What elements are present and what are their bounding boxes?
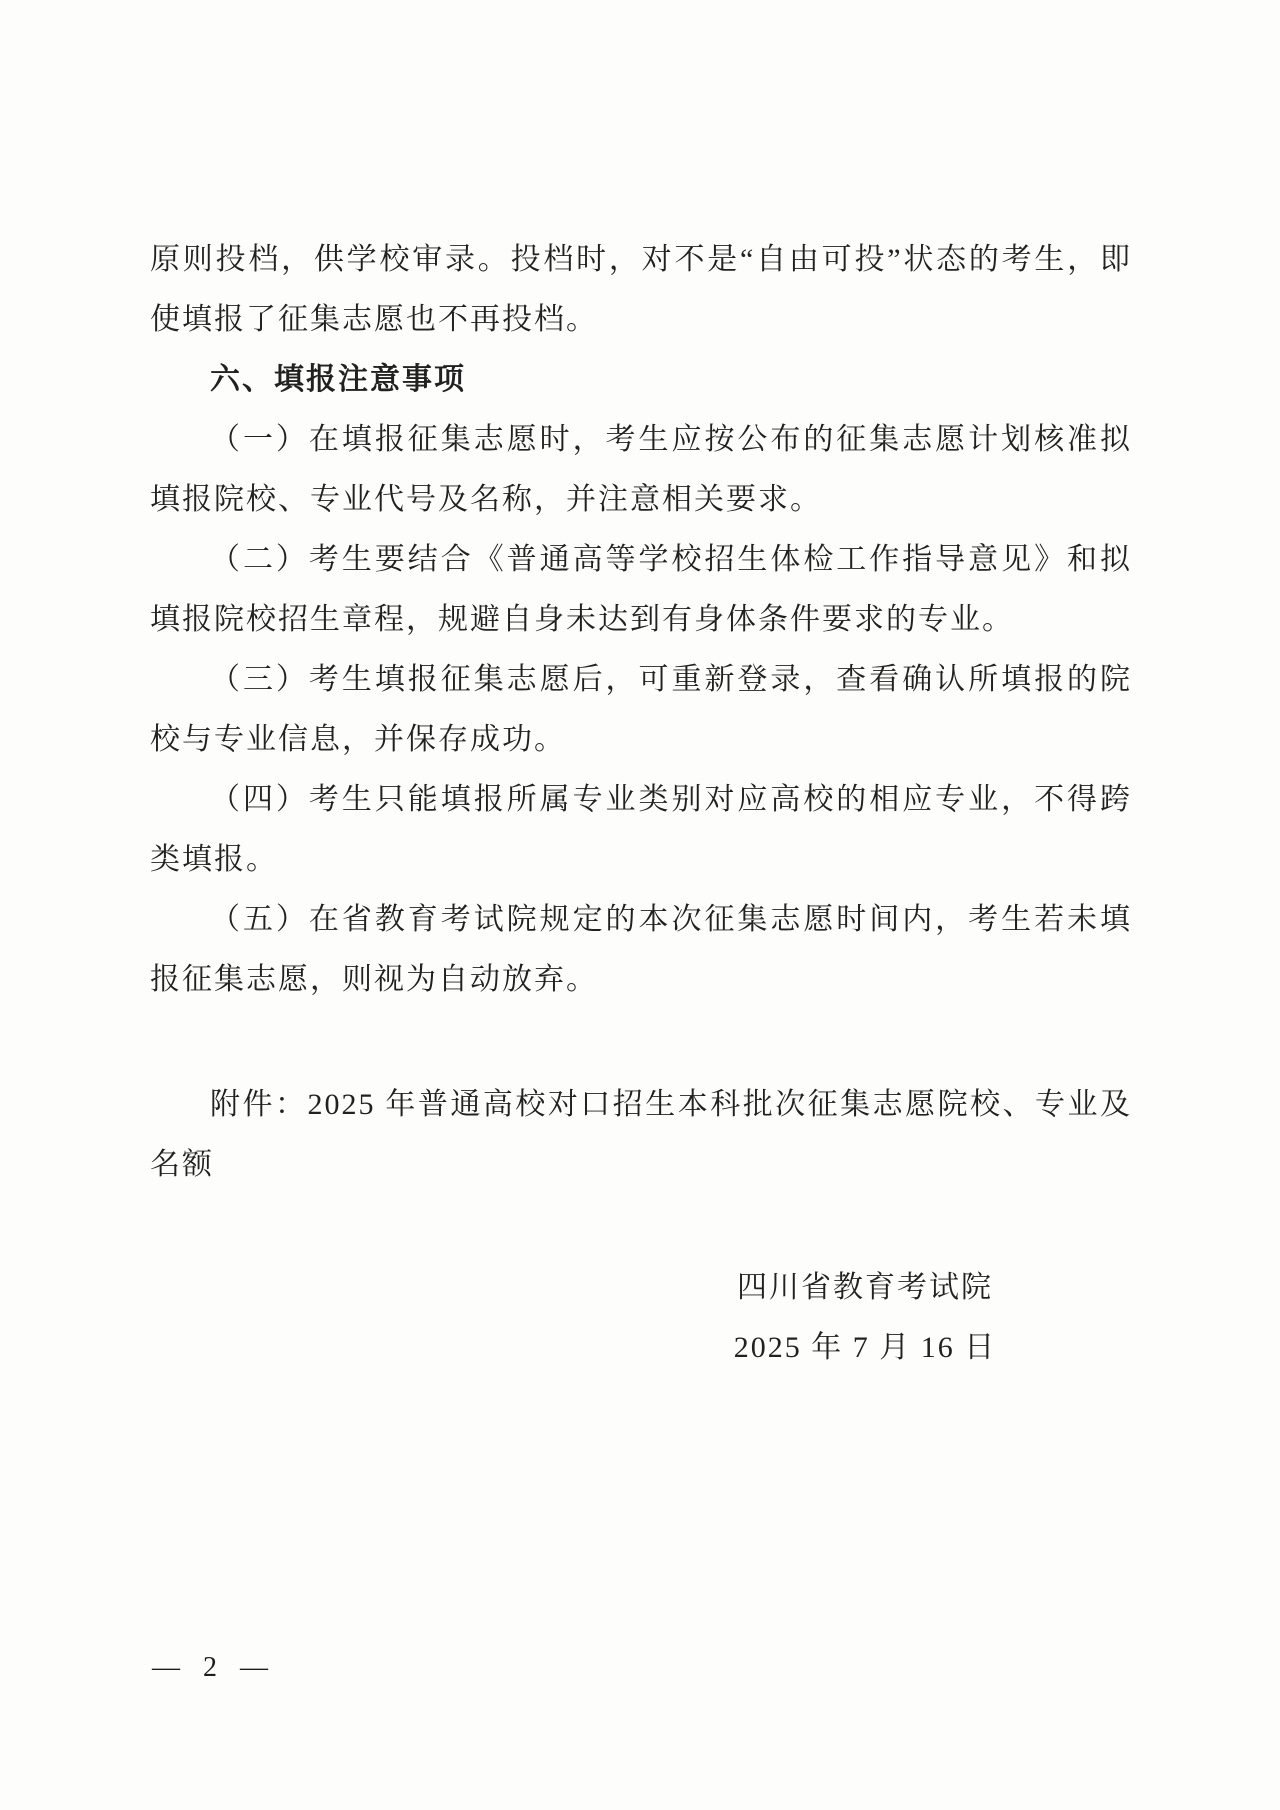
note-item-1: （一）在填报征集志愿时，考生应按公布的征集志愿计划核准拟填报院校、专业代号及名称… — [150, 410, 1132, 530]
note-item-2: （二）考生要结合《普通高等学校招生体检工作指导意见》和拟填报院校招生章程，规避自… — [150, 530, 1132, 650]
note-item-4: （四）考生只能填报所属专业类别对应高校的相应专业，不得跨类填报。 — [150, 770, 1132, 890]
document-body: 原则投档，供学校审录。投档时，对不是“自由可投”状态的考生，即使填报了征集志愿也… — [150, 230, 1132, 1195]
attachment-line: 附件：2025 年普通高校对口招生本科批次征集志愿院校、专业及名额 — [150, 1075, 1132, 1195]
signature-block: 四川省教育考试院 2025 年 7 月 16 日 — [650, 1258, 1080, 1378]
issue-date: 2025 年 7 月 16 日 — [650, 1318, 1080, 1378]
document-page: 原则投档，供学校审录。投档时，对不是“自由可投”状态的考生，即使填报了征集志愿也… — [0, 0, 1280, 1810]
section-heading: 六、填报注意事项 — [150, 350, 1132, 410]
page-number: — 2 — — [152, 1652, 276, 1684]
note-item-5: （五）在省教育考试院规定的本次征集志愿时间内，考生若未填报征集志愿，则视为自动放… — [150, 890, 1132, 1010]
issuer-name: 四川省教育考试院 — [650, 1258, 1080, 1318]
paragraph-continuation: 原则投档，供学校审录。投档时，对不是“自由可投”状态的考生，即使填报了征集志愿也… — [150, 230, 1132, 350]
note-item-3: （三）考生填报征集志愿后，可重新登录，查看确认所填报的院校与专业信息，并保存成功… — [150, 650, 1132, 770]
